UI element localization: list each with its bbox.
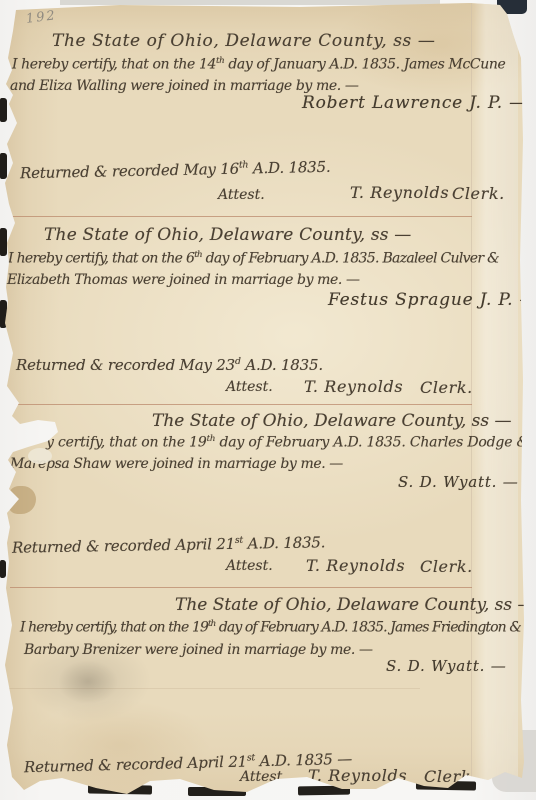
separator-rule <box>10 587 472 588</box>
return-date-line: Returned & recorded April 21st A.D. 1835… <box>24 750 352 777</box>
justice-signature: Robert Lawrence J. P. — <box>302 93 527 113</box>
return-text: A.D. 1835. <box>243 533 325 552</box>
return-date-line: Returned & recorded April 21st A.D. 1835… <box>12 533 326 556</box>
justice-signature: S. D. Wyatt. — <box>398 473 519 491</box>
ordinal-superscript: th <box>194 250 202 260</box>
separator-rule <box>10 404 472 405</box>
return-text: Returned & recorded May 16 <box>20 160 239 183</box>
tear-fade-spot <box>28 448 52 464</box>
pencil-page-number: 192 <box>25 8 57 27</box>
date-line-text: day of February A.D. 1835. Bazaleel Culv… <box>202 251 499 267</box>
scanned-record-page: { "colors": { "paper": "#e8dabc", "ink":… <box>0 0 536 800</box>
certificate-heading: The State of Ohio, Delaware County, ss — <box>175 595 534 615</box>
certificate-date-line: I hereby certify, that on the 6th day of… <box>8 250 499 267</box>
separator-rule <box>10 216 472 217</box>
justice-signature: S. D. Wyatt. — <box>386 657 507 675</box>
attest-label: Attest. <box>240 769 287 785</box>
certificate-names-line: Marepsa Shaw were joined in marriage by … <box>10 456 343 472</box>
date-line-text: day of January A.D. 1835. James McCune <box>224 57 505 73</box>
certificate-date-line: I hereby certify, that on the 14th day o… <box>12 56 505 73</box>
binding-remnant <box>0 153 7 179</box>
date-line-text: y certify, that on the 19 <box>46 435 207 451</box>
clerk-signature: T. Reynolds <box>350 183 449 202</box>
certificate-names-line: Elizabeth Thomas were joined in marriage… <box>7 272 360 288</box>
date-line-text: day of February A.D. 1835. Charles Dodge… <box>215 435 529 451</box>
tan-fragment <box>8 486 36 514</box>
certificate-heading: The State of Ohio, Delaware County, ss — <box>152 411 511 431</box>
binding-remnant <box>0 560 6 578</box>
return-text: Returned & recorded May 23 <box>16 356 235 374</box>
attest-label: Attest. <box>226 379 273 395</box>
clerk-title: Clerk. <box>420 557 473 576</box>
certificate-date-line: I hereby certify, that on the 19th day o… <box>20 619 521 636</box>
certificate-heading: The State of Ohio, Delaware County, ss — <box>52 31 435 51</box>
date-line-text: I hereby certify, that on the 14 <box>12 57 216 73</box>
certificate-names-line: Barbary Brenizer were joined in marriage… <box>24 642 373 658</box>
binding-remnant <box>0 98 7 122</box>
ink-smudge <box>58 660 118 704</box>
clerk-title: Clerk. <box>420 378 473 397</box>
return-date-line: Returned & recorded May 23d A.D. 1835. <box>16 356 323 374</box>
clerk-title: Clerk. <box>452 184 505 203</box>
clerk-signature: T. Reynolds <box>306 556 405 575</box>
page-behind-strip <box>60 0 440 5</box>
right-fold-strip <box>471 0 518 800</box>
paper-sheet: 192 The State of Ohio, Delaware County, … <box>0 0 536 800</box>
date-line-text: day of February A.D. 1835. James Friedin… <box>215 620 521 636</box>
attest-label: Attest. <box>226 558 273 574</box>
date-line-text: I hereby certify, that on the 19 <box>20 620 208 636</box>
return-text: A.D. 1835. <box>241 356 323 374</box>
clerk-signature: T. Reynolds <box>308 766 407 785</box>
return-text: Returned & recorded April 21 <box>24 752 247 776</box>
date-line-text: I hereby certify, that on the 6 <box>8 251 194 267</box>
attest-label: Attest. <box>218 187 265 203</box>
certificate-date-line: y certify, that on the 19th day of Febru… <box>46 434 529 451</box>
ordinal-superscript: th <box>207 434 216 444</box>
certificate-heading: The State of Ohio, Delaware County, ss — <box>44 225 411 245</box>
certificate-names-line: and Eliza Walling were joined in marriag… <box>10 78 358 94</box>
return-text: Returned & recorded April 21 <box>12 535 235 557</box>
justice-signature: Festus Sprague J. P. — <box>328 290 536 310</box>
clerk-signature: T. Reynolds <box>304 377 403 396</box>
return-text: A.D. 1835. <box>248 158 330 178</box>
return-date-line: Returned & recorded May 16th A.D. 1835. <box>20 158 331 182</box>
binding-remnant <box>0 228 7 256</box>
